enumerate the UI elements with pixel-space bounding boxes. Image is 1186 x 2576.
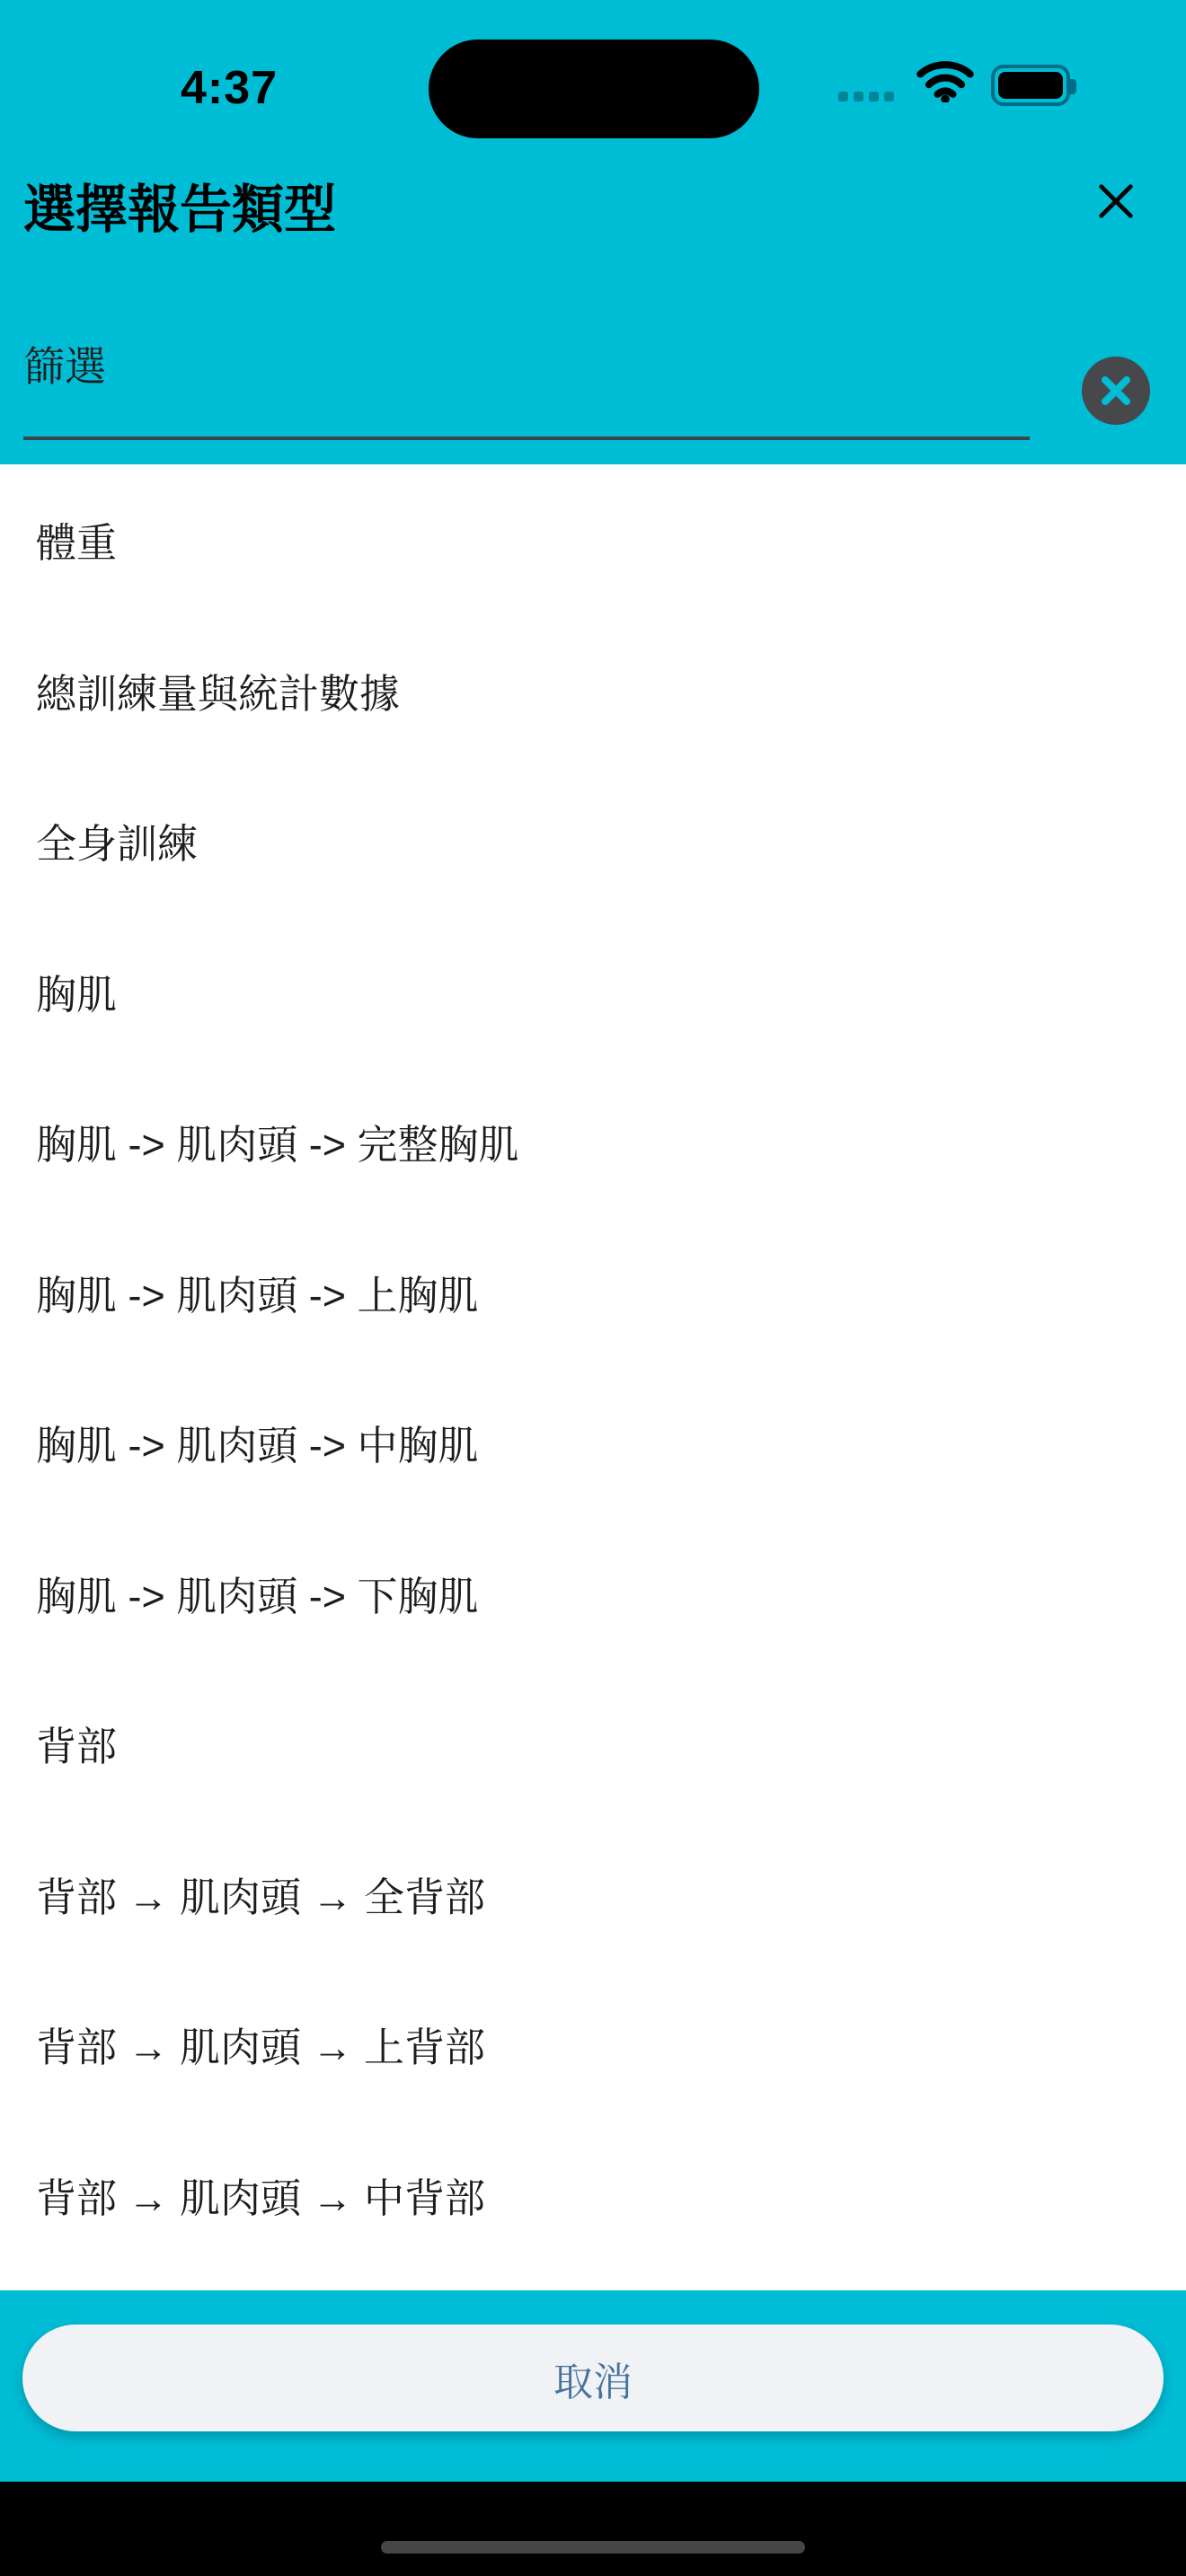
- wifi-icon: [916, 59, 974, 107]
- clear-filter-button[interactable]: [1082, 357, 1150, 425]
- list-item[interactable]: 體重: [0, 464, 1186, 615]
- cellular-signal-icon: [838, 92, 894, 101]
- clear-x-icon: [1101, 375, 1131, 406]
- page-title: 選擇報告類型: [23, 167, 336, 243]
- dynamic-island: [429, 40, 759, 138]
- list-item[interactable]: 背部 → 肌肉頭 → 上背部: [0, 1969, 1186, 2120]
- list-item[interactable]: 背部: [0, 1668, 1186, 1819]
- list-item[interactable]: 胸肌 -> 肌肉頭 -> 完整胸肌: [0, 1066, 1186, 1217]
- close-icon: [1095, 181, 1137, 222]
- cancel-button-label: 取消: [553, 2350, 633, 2407]
- report-type-picker-screen: 4:37 選擇報告類型 體重 總訓練量與統計數據 全身訓練 胸肌 胸肌 -: [0, 0, 1186, 2576]
- list-item[interactable]: 胸肌: [0, 916, 1186, 1067]
- cancel-button[interactable]: 取消: [22, 2325, 1164, 2431]
- list-item[interactable]: 總訓練量與統計數據: [0, 615, 1186, 766]
- list-item[interactable]: 胸肌 -> 肌肉頭 -> 下胸肌: [0, 1518, 1186, 1669]
- footer: 取消: [0, 2290, 1186, 2482]
- close-button[interactable]: [1089, 176, 1143, 226]
- list-item[interactable]: 胸肌 -> 肌肉頭 -> 中胸肌: [0, 1367, 1186, 1518]
- filter-underline: [23, 437, 1030, 440]
- bottom-bar: [0, 2482, 1186, 2576]
- filter-input[interactable]: [23, 338, 994, 395]
- report-type-list: 體重 總訓練量與統計數據 全身訓練 胸肌 胸肌 -> 肌肉頭 -> 完整胸肌 胸…: [0, 464, 1186, 2290]
- list-item[interactable]: 背部 → 肌肉頭 → 中背部: [0, 2120, 1186, 2271]
- list-item[interactable]: 胸肌 -> 肌肉頭 -> 上胸肌: [0, 1217, 1186, 1368]
- home-indicator[interactable]: [381, 2541, 805, 2554]
- list-item[interactable]: 背部 → 肌肉頭 → 全背部: [0, 1819, 1186, 1970]
- list-item[interactable]: 全身訓練: [0, 765, 1186, 916]
- battery-icon: [991, 65, 1070, 106]
- status-time: 4:37: [153, 61, 305, 115]
